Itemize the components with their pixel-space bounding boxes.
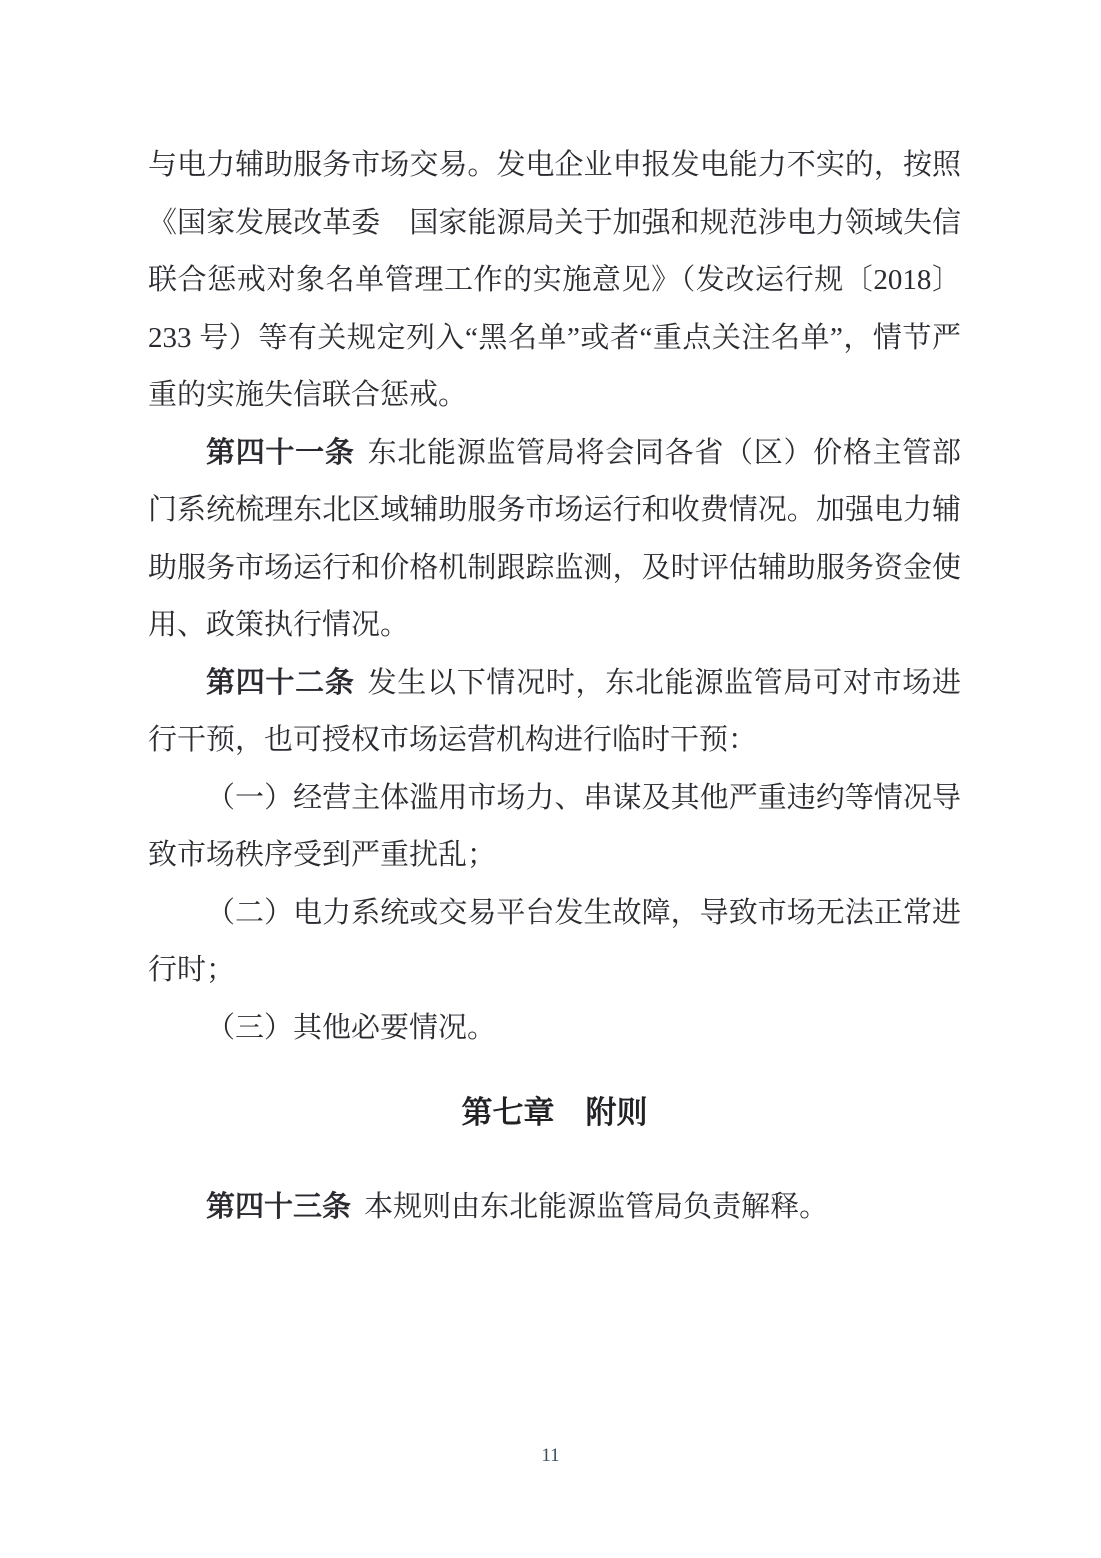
paragraph-text: （三）其他必要情况。 — [206, 1012, 496, 1044]
paragraph-article-42: 第四十二条发生以下情况时，东北能源监管局可对市场进行干预，也可授权市场运营机构进… — [148, 655, 961, 770]
paragraph-text: （一）经营主体滥用市场力、串谋及其他严重违约等情况导致市场秩序受到严重扰乱； — [148, 782, 961, 872]
paragraph-article-41: 第四十一条东北能源监管局将会同各省（区）价格主管部门系统梳理东北区域辅助服务市场… — [148, 425, 961, 655]
article-number: 第四十二条 — [206, 667, 355, 699]
paragraph-item-2: （二）电力系统或交易平台发生故障，导致市场无法正常进行时； — [148, 885, 961, 1000]
page-number: 11 — [0, 1444, 1101, 1468]
document-body: 与电力辅助服务市场交易。发电企业申报发电能力不实的，按照《国家发展改革委 国家能… — [148, 137, 961, 1236]
paragraph-item-1: （一）经营主体滥用市场力、串谋及其他严重违约等情况导致市场秩序受到严重扰乱； — [148, 770, 961, 885]
paragraph-article-43: 第四十三条本规则由东北能源监管局负责解释。 — [148, 1179, 961, 1237]
paragraph-continuation: 与电力辅助服务市场交易。发电企业申报发电能力不实的，按照《国家发展改革委 国家能… — [148, 137, 961, 425]
document-page: 与电力辅助服务市场交易。发电企业申报发电能力不实的，按照《国家发展改革委 国家能… — [0, 0, 1101, 1558]
paragraph-text: 本规则由东北能源监管局负责解释。 — [364, 1191, 828, 1223]
paragraph-text: 与电力辅助服务市场交易。发电企业申报发电能力不实的，按照《国家发展改革委 国家能… — [148, 149, 961, 411]
chapter-heading: 第七章 附则 — [148, 1084, 961, 1142]
paragraph-text: （二）电力系统或交易平台发生故障，导致市场无法正常进行时； — [148, 897, 961, 987]
article-number: 第四十一条 — [206, 437, 355, 469]
article-number: 第四十三条 — [206, 1191, 351, 1223]
paragraph-item-3: （三）其他必要情况。 — [148, 1000, 961, 1058]
